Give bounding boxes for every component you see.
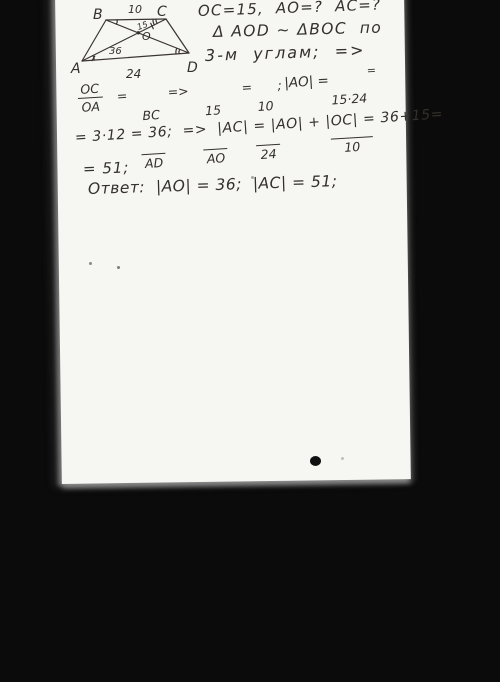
fraction-oc-oa: OC OA [77, 81, 104, 115]
vertex-label-b: B [93, 7, 103, 23]
dust-speck [341, 457, 344, 460]
fraction-numerator: 10 [253, 98, 278, 115]
given-line: OC=15, AO=? AC=? [198, 0, 382, 20]
fraction-denominator: AO [203, 148, 228, 166]
equals-sign: = [241, 79, 252, 95]
angle-mark-b [116, 20, 117, 24]
equals-sign: = [366, 64, 376, 78]
result-line: = 51; [83, 159, 130, 178]
dust-speck [89, 262, 92, 265]
implies-arrow: => [167, 83, 189, 99]
dust-speck [251, 176, 254, 179]
fraction-denominator: 10 [331, 136, 374, 156]
punch-hole-dot [310, 456, 321, 466]
scan-content: B 10 C A 24 D O 15 36 OC=15, AO=? AC=? Δ… [0, 0, 500, 682]
trapezoid-figure: B 10 C A 24 D O 15 36 [55, 2, 215, 80]
vertex-label-a: A [70, 61, 81, 77]
side-label-bc: 10 [128, 3, 142, 16]
angle-mark-d-outer [176, 48, 177, 54]
similarity-line: Δ AOD ~ ΔBOC по [213, 20, 383, 42]
angle-mark-d-inner [179, 49, 180, 53]
equals-sign: = [116, 88, 127, 104]
fraction-denominator: OA [78, 97, 104, 115]
fraction-numerator: OC [77, 81, 103, 98]
angle-mark-c-outer [153, 19, 154, 25]
segment-label-ao: 36 [109, 46, 122, 57]
dust-speck [117, 266, 120, 269]
ao-equals: |AO| = [284, 73, 329, 92]
fraction-denominator: AD [141, 153, 166, 171]
separator: ; [277, 78, 282, 93]
fraction-numerator: BC [139, 107, 164, 124]
fraction-denominator: 24 [256, 144, 281, 162]
fraction-numerator: 15·24 [328, 90, 371, 109]
vertex-label-c: C [157, 4, 167, 20]
fraction-numerator: 15 [200, 102, 225, 119]
point-label-o: O [142, 30, 151, 43]
